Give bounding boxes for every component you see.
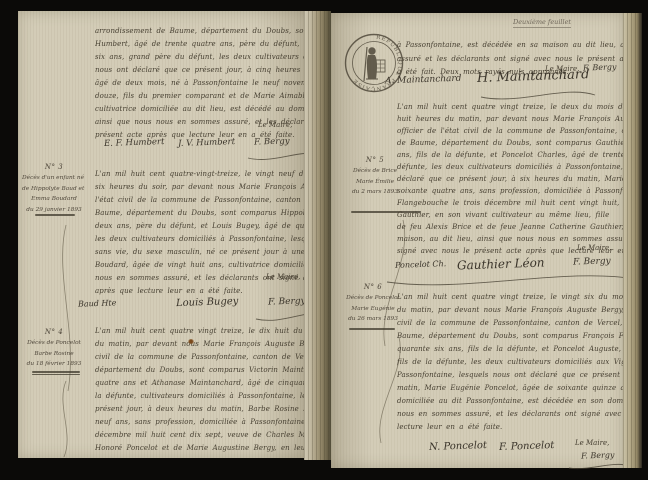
margin-rule [32,371,80,373]
margin-note-text: Décès de PoncelotMarie Eugéniedu 26 mars… [341,293,405,325]
handwritten-line: décembre mil huit cent dix sept, veuve d… [95,429,307,442]
handwritten-line: lecture leur en a été faite. [397,421,625,434]
handwritten-line: Humbert, âgé de trente quatre ans, père … [95,38,307,51]
margin-note-3: N° 3 Décès d'un enfant né vi-de Hippolyt… [22,163,86,215]
handwritten-line: Baume, département du Doubs, sont compar… [95,207,307,220]
handwritten-line: Marie Émilie [345,177,405,188]
signature: F. Bergy [254,136,290,147]
handwritten-line: nous ont déclaré que ce présent jour, à … [95,64,307,77]
handwritten-line: quarante six ans, fils de la défunte, et… [397,343,625,356]
signature-flourish [567,461,627,471]
margin-rule [349,328,395,330]
handwritten-line: Boudard, âgée de vingt huit ans, cultiva… [95,259,307,272]
signature: Baud Hte [78,298,117,308]
signature: N. Poncelot [429,440,487,453]
le-maire-label: Le Maire, [575,439,609,447]
handwritten-line: L'an mil huit cent quatre vingt treize, … [397,101,625,113]
ink-stain [188,339,194,344]
acte-number: N° 6 [341,283,405,291]
handwritten-line: nous en sommes assuré, et les déclarants… [397,408,625,421]
handwritten-line: du 2 mars 1893 [345,187,405,198]
handwritten-line: âgé de deux mois, né à Passonfontaine le… [95,77,307,90]
acte4-text: L'an mil huit cent quatre vingt treize, … [95,325,307,455]
handwritten-line: Baume, département du Doubs, sont compar… [397,330,625,343]
signature-flourish [385,271,639,287]
handwritten-line: à Passonfontaine, est décédée en sa mais… [397,39,625,53]
right-page: Deuxième feuillet RÉPUBLIQUE FRANÇAISE à… [331,13,623,468]
handwritten-line: ans, fils de la défunte, et Poncelot Cha… [397,149,625,161]
acte5-text: L'an mil huit cent quatre vingt treize, … [397,101,625,257]
signature: F. Bergy [268,296,306,307]
signature: E. F. Humbert [104,137,165,149]
handwritten-line: huit heures du matin, par devant nous Ma… [397,113,625,125]
handwritten-line: L'an mil huit cent quatre-vingt-treize, … [95,168,307,181]
handwritten-line: L'an mil huit cent quatre vingt treize, … [95,325,307,338]
signature: H. Maintanchard [477,67,590,86]
handwritten-line: Gauthier, en son vivant cultivateur au m… [397,209,625,221]
handwritten-line: du 26 mars 1893 [341,314,405,325]
margin-rule [35,214,75,216]
le-maire-label: Le Maire, [577,244,611,252]
handwritten-line: la défunte, cultivateurs domiciliés à Pa… [95,390,307,403]
handwritten-line: cultivatrice domiciliée au dit lieu, est… [95,103,307,116]
handwritten-line: Décès de Poncelot [22,338,86,349]
handwritten-line: Emma Boudard [22,194,86,205]
handwritten-line: fils de la défunte, les deux cultivateur… [397,356,625,369]
margin-rule [32,374,80,375]
handwritten-line: officier de l'état civil de la commune d… [397,125,625,137]
signature: Louis Bugey [176,296,239,309]
handwritten-line: du matin, par devant nous Marie François… [95,338,307,351]
handwritten-line: les deux cultivateurs domiciliés à Passo… [95,233,307,246]
handwritten-line: arrondissement de Baume, département du … [95,25,307,38]
handwritten-line: civil de la commune de Passonfontaine, c… [397,317,625,330]
margin-flourish [52,379,86,459]
handwritten-line: L'an mil huit cent quatre vingt treize, … [397,291,625,304]
handwritten-line: six heures du soir, par devant nous Mari… [95,181,307,194]
signature: Poncelot Ch. [395,259,446,270]
margin-note-text: Décès de BriceMarie Émiliedu 2 mars 1893 [345,166,405,198]
acte-number: N° 3 [22,163,86,171]
signature: Gauthier Léon [457,255,545,272]
handwritten-line: du matin, par devant nous Marie François… [397,304,625,317]
handwritten-line: Décès de Poncelot [341,293,405,304]
handwritten-line: de Baume, département du Doubs, sont com… [397,137,625,149]
maire-signature: F. Bergy [581,450,615,460]
handwritten-line: déclaré que ce présent jour, à six heure… [397,173,625,185]
handwritten-line: présent jour, à deux heures du matin, Ba… [95,403,307,416]
signature-flourish [479,85,597,101]
handwritten-line: Décès de Brice [345,166,405,177]
handwritten-line: de Hippolyte Baud et de [22,184,86,195]
handwritten-line: Décès d'un enfant né vi- [22,173,86,184]
acte-number: N° 5 [345,156,405,164]
handwritten-line: Honoré Poncelot et de Marie Augustine Be… [95,442,307,455]
handwritten-line: douze, fils du premier comparant et de M… [95,90,307,103]
handwritten-line: Marie Eugénie [341,304,405,315]
folio-annotation: Deuxième feuillet [513,18,571,28]
book-edge [623,13,642,468]
acte6-text: L'an mil huit cent quatre vingt treize, … [397,291,625,434]
margin-note-text: Décès d'un enfant né vi-de Hippolyte Bau… [22,173,86,215]
signature: A. Maintanchard [385,74,462,87]
handwritten-line: deux ans, père du défunt, et Louis Bugey… [95,220,307,233]
handwritten-line: de feu Alexis Brice et de feue Jeanne Ca… [397,221,625,233]
handwritten-line: Passonfontaine, lesquels nous ont déclar… [397,369,625,382]
handwritten-line: Barbe Rosine [22,349,86,360]
signature: F. Bergy [573,256,611,267]
handwritten-line: civil de la commune de Passonfontaine, c… [95,351,307,364]
margin-note-6: N° 6 Décès de PoncelotMarie Eugéniedu 26… [341,283,405,325]
handwritten-line: soixante quatre ans, sans profession, do… [397,185,625,197]
registry-scan: arrondissement de Baume, département du … [0,0,648,480]
handwritten-line: l'état civil de la commune de Passonfont… [95,194,307,207]
handwritten-line: domiciliée au dit Passonfontaine, est dé… [397,395,625,408]
handwritten-line: six ans, grand père du défunt, les deux … [95,51,307,64]
handwritten-line: matin, Marie Eugénie Poncelot, âgée de s… [397,382,625,395]
left-page: arrondissement de Baume, département du … [18,11,308,458]
margin-note-4: N° 4 Décès de PoncelotBarbe Rosinedu 18 … [22,328,86,370]
le-maire-label: Le Maire, [266,273,300,281]
handwritten-line: du 18 février 1893 [22,359,86,370]
margin-note-5: N° 5 Décès de BriceMarie Émiliedu 2 mars… [345,156,405,198]
handwritten-line: sans vie, du sexe masculin, né ce présen… [95,246,307,259]
handwritten-line: Flangebouche le trois décembre mil huit … [397,197,625,209]
signature: J. V. Humbert [178,137,235,149]
handwritten-line: neuf ans, sans profession, domiciliée à … [95,416,307,429]
handwritten-line: défunte, les deux cultivateurs domicilié… [397,161,625,173]
handwritten-line: après que lecture leur en a été faite. [95,285,307,298]
handwritten-line: quatre ans et Athanase Maintanchard, âgé… [95,377,307,390]
page-gutter-edges [304,11,331,460]
handwritten-line: département du Doubs, sont comparus Vict… [95,364,307,377]
le-maire-label: Le Maire, [258,121,292,129]
signature: F. Poncelot [499,440,555,453]
acte-number: N° 4 [22,328,86,336]
margin-note-text: Décès de PoncelotBarbe Rosinedu 18 févri… [22,338,86,370]
